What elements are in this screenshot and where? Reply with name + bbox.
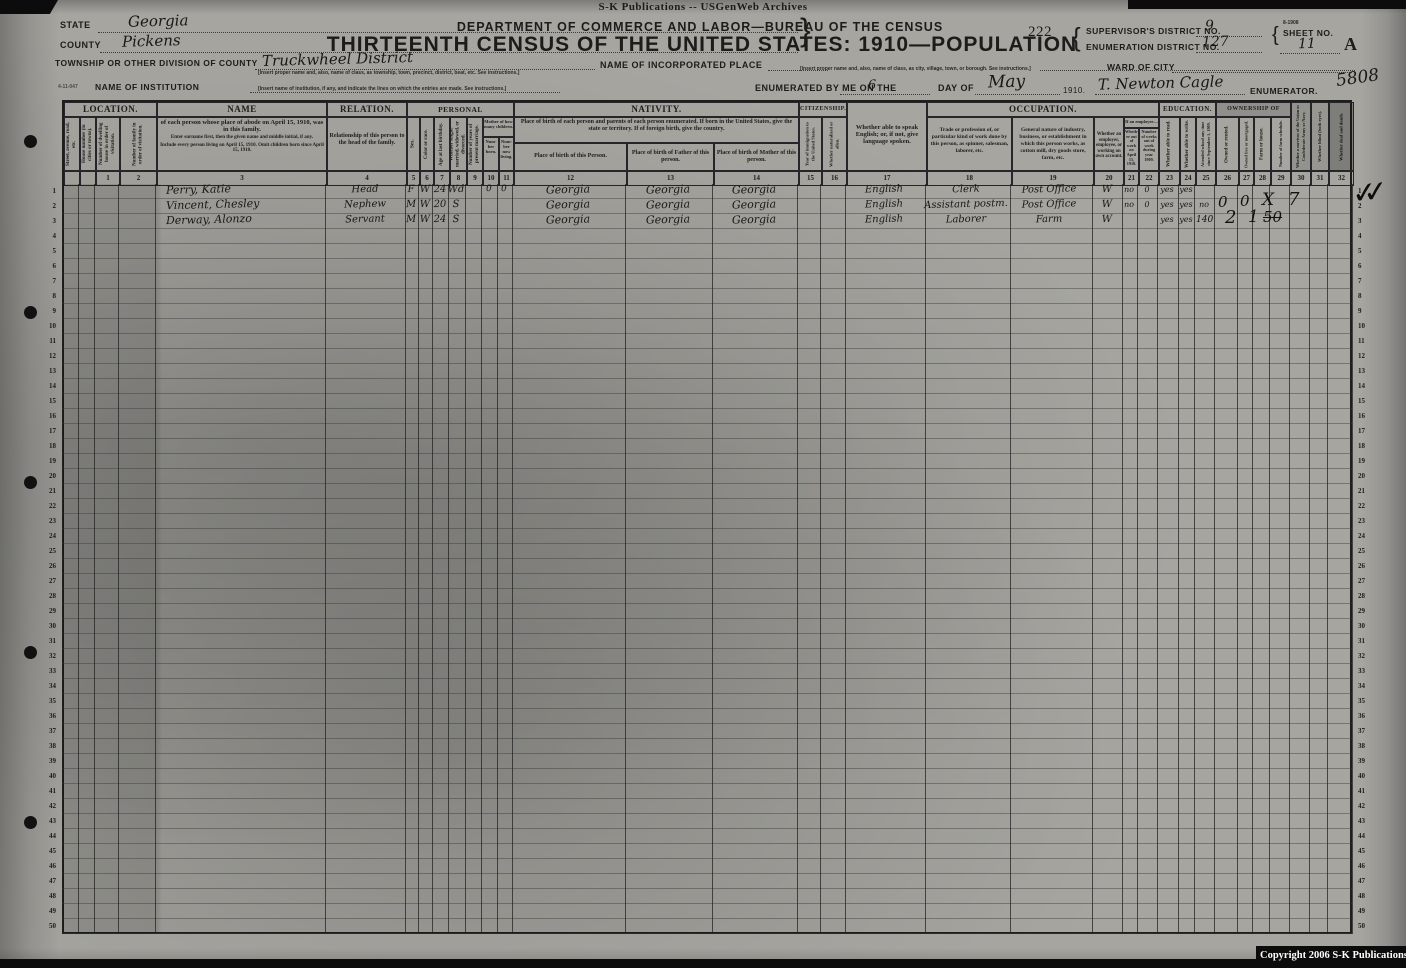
row-number-left: 10 [36,319,56,334]
col-18-text: Trade or profession of, or particular ki… [928,126,1011,156]
entry-father-birthplace: Georgia [646,211,691,227]
entry-sex: M [406,212,417,227]
row-number-left: 46 [36,859,56,874]
row-number-left: 30 [36,619,56,634]
col-house-header: House number (in cities or towns). [80,117,96,171]
entry-relation: Nephew [344,196,386,212]
row-number-right: 15 [1358,394,1378,409]
row-number-left: 2 [36,199,56,214]
column-line [405,184,406,934]
copyright-bar: Copyright 2006 S-K Publications [1256,946,1406,968]
group-ownership: OWNERSHIP OF HOME. [1216,102,1291,117]
entry-marital: Wd [447,182,464,197]
tally-mark: 7 [1288,189,1299,210]
row-number-left: 6 [36,259,56,274]
row-number-left: 1 [36,184,56,199]
entry-employment: W [1102,212,1113,227]
row-number-right: 40 [1358,769,1378,784]
col-13-header: Place of birth of Father of this person. [627,143,714,171]
row-number-right: 37 [1358,724,1378,739]
col-14-header: Place of birth of Mother of this person. [714,143,799,171]
census-scan-page: { "scan": { "banner": "S-K Publications … [0,0,1406,968]
entry-mother-birthplace: Georgia [732,181,777,197]
col-6-header: Color or race. [420,117,434,171]
row-number-right: 46 [1358,859,1378,874]
row-number-left: 21 [36,484,56,499]
table-body [62,184,1352,934]
enumerated-line2 [975,93,1060,95]
col-10-header: Num­ber born. [483,137,499,171]
row-number-right: 50 [1358,919,1378,934]
row-number-right: 28 [1358,589,1378,604]
row-number-right: 41 [1358,784,1378,799]
if-employee-header: If an employee— [1124,117,1159,128]
row-number-right: 20 [1358,469,1378,484]
page-number: 222 [1028,24,1052,41]
col-17-text: Whether able to speak English; or, if no… [848,123,926,146]
column-line [465,184,466,934]
entry-trade: Laborer [946,211,987,227]
census-title: THIRTEENTH CENSUS OF THE UNITED STATES: … [327,33,1077,57]
enumerated-line1 [840,93,930,95]
entry-name: Perry, Katie [166,181,231,198]
column-line [94,184,95,934]
col-3-header: of each person whose place of abode on A… [157,117,327,171]
scan-edge-top-left [0,0,58,14]
row-number-left: 29 [36,604,56,619]
scan-edge-top-right [1128,0,1406,9]
entry-color: W [420,182,431,197]
col-27-header: Owned free or mort­gaged. [1239,117,1254,171]
row-number-left: 14 [36,379,56,394]
row-number-right: 35 [1358,694,1378,709]
col-30-header: Whether a survivor of the Union or Confe… [1291,102,1311,171]
row-number-right: 7 [1358,274,1378,289]
row-number-left: 45 [36,844,56,859]
row-number-right: 4 [1358,229,1378,244]
entry-school: no [1199,197,1209,212]
tally-mark: 140 [1196,215,1213,225]
entry-write: yes [1179,197,1193,212]
column-line [712,184,713,934]
row-number-right: 34 [1358,679,1378,694]
row-number-right: 11 [1358,334,1378,349]
enumerated-day: 6 [868,78,877,93]
entry-age: 20 [433,197,446,212]
entry-out-of-work: no [1124,182,1134,197]
row-number-right: 38 [1358,739,1378,754]
entry-write: yes [1179,182,1193,197]
row-number-left: 43 [36,814,56,829]
enumerator-line [1095,93,1245,95]
column-line [1092,184,1093,934]
row-number-right: 31 [1358,634,1378,649]
institution-note: [Insert name of institution, if any, and… [258,86,506,92]
group-occupation: OCCUPATION. [927,102,1159,117]
col-4-header: Relationship of this per­son to the head… [327,117,407,171]
column-line [418,184,419,934]
entry-birthplace: Georgia [546,211,591,227]
group-education: EDUCATION. [1159,102,1216,117]
column-line [497,184,498,934]
row-number-right: 36 [1358,709,1378,724]
mother-group-header: Mother of how many children. [483,117,514,137]
row-number-left: 35 [36,694,56,709]
row-number-right: 21 [1358,484,1378,499]
col-21-header: Wheth­er out of work on April 15, 1910. [1124,128,1139,171]
entry-trade: Clerk [952,182,980,198]
row-number-left: 44 [36,829,56,844]
row-number-left: 8 [36,289,56,304]
row-number-right: 44 [1358,829,1378,844]
group-personal: PERSONAL DESCRIPTION. [407,102,514,117]
column-line [1137,184,1138,934]
county-value: Pickens [122,31,181,51]
row-number-right: 18 [1358,439,1378,454]
row-number-left: 32 [36,649,56,664]
col-5-header: Sex. [407,117,420,171]
column-line [1214,184,1215,934]
column-line [62,184,63,934]
entry-industry: Post Office [1021,196,1076,212]
entry-industry: Farm [1036,212,1063,228]
row-number-right: 6 [1358,259,1378,274]
entry-age: 24 [433,212,446,227]
column-line [155,184,156,934]
row-number-left: 23 [36,514,56,529]
row-number-left: 17 [36,424,56,439]
entry-age: 24 [433,182,446,197]
row-number-left: 34 [36,679,56,694]
township-label: TOWNSHIP OR OTHER DIVISION OF COUNTY [55,58,258,68]
row-number-right: 39 [1358,754,1378,769]
col-18-header: Trade or profession of, or particular ki… [927,117,1012,171]
incorporated-note: [Insert proper name and, also, name of c… [800,66,1031,72]
column-line [797,184,798,934]
entry-weeks-out: 0 [1144,182,1149,197]
column-line [1252,184,1253,934]
row-number-right: 19 [1358,454,1378,469]
column-line [1289,184,1290,934]
row-number-right: 22 [1358,499,1378,514]
column-line [448,184,449,934]
group-citizenship: CITIZENSHIP. [799,102,847,117]
row-number-right: 42 [1358,799,1378,814]
sheet-value: 11 [1298,36,1316,52]
enumerated-month: May [988,72,1026,93]
row-number-right: 9 [1358,304,1378,319]
entry-relation: Head [351,182,378,198]
entry-children-born: 0 [486,182,492,197]
entry-sex: M [406,197,417,212]
entry-industry: Post Office [1021,181,1076,197]
row-number-right: 32 [1358,649,1378,664]
enumeration-value: 127 [1202,34,1229,51]
row-number-right: 47 [1358,874,1378,889]
row-number-right: 33 [1358,664,1378,679]
column-line [845,184,846,934]
column-line [1194,184,1195,934]
entry-birthplace: Georgia [546,181,591,197]
col-11-header: Num­ber now liv­ing. [499,137,514,171]
tally-mark: 1 [1248,207,1259,227]
row-number-left: 24 [36,529,56,544]
group-relation: RELATION. [327,102,407,117]
entry-name: Derway, Alonzo [166,211,252,228]
entry-relation: Servant [345,211,385,227]
col-15-header: Year of immigra­tion to the Unit­ed Stat… [799,117,822,171]
entry-father-birthplace: Georgia [646,181,691,197]
row-number-right: 26 [1358,559,1378,574]
column-line [432,184,433,934]
row-number-left: 37 [36,724,56,739]
column-line [78,184,79,934]
row-number-left: 3 [36,214,56,229]
name-desc-2: Enter surname first, then the given name… [158,134,326,142]
form-code: 4-11-047 [58,84,78,90]
col-street-header: Street, avenue, road, etc. [64,117,80,171]
row-number-left: 27 [36,574,56,589]
nativity-note: Place of birth of each person and parent… [515,118,798,134]
department-line: DEPARTMENT OF COMMERCE AND LABOR—BUREAU … [457,20,943,34]
row-number-left: 49 [36,904,56,919]
col-16-header: Whether natural­ized or alien. [822,117,847,171]
col-19-header: General nature of industry, business, or… [1012,117,1094,171]
state-label: STATE [60,20,91,30]
column-line [1178,184,1179,934]
row-number-left: 26 [36,559,56,574]
column-line [1352,184,1353,934]
col-9-header: Number of years of present marriage. [467,117,483,171]
row-number-left: 47 [36,874,56,889]
sheet-brace: { [1272,24,1279,47]
column-line [1237,184,1238,934]
punch-hole [24,135,37,148]
col-20-header: Whether an employer, employee, or workin… [1094,117,1124,171]
copyright-text: Copyright 2006 S-K Publications [1260,950,1406,961]
row-number-left: 28 [36,589,56,604]
enumerated-year: 1910. [1063,86,1086,95]
row-number-right: 14 [1358,379,1378,394]
row-number-right: 10 [1358,319,1378,334]
row-number-left: 15 [36,394,56,409]
row-number-right: 25 [1358,544,1378,559]
entry-write: yes [1179,212,1193,227]
row-number-left: 12 [36,349,56,364]
row-number-left: 50 [36,919,56,934]
column-line [625,184,626,934]
enumeration-line [1196,51,1262,53]
col-29-header: Number of farm sched­ule. [1271,117,1291,171]
row-number-left: 39 [36,754,56,769]
row-number-right: 8 [1358,289,1378,304]
entry-english: English [865,182,904,198]
entry-read: yes [1160,212,1174,227]
column-line [1157,184,1158,934]
supervisor-value: 9 [1205,18,1214,34]
col-25-header: Attended school any time since Septem­be… [1196,117,1216,171]
entry-mother-birthplace: Georgia [732,196,777,212]
col-7-header: Age at last birth­day. [434,117,450,171]
col-24-header: Whether able to write. [1180,117,1196,171]
sheet-line [1280,52,1340,54]
row-number-right: 5 [1358,244,1378,259]
column-line [1327,184,1328,934]
column-line [325,184,326,934]
row-number-right: 23 [1358,514,1378,529]
row-number-left: 48 [36,889,56,904]
row-number-left: 41 [36,784,56,799]
entry-employment: W [1102,197,1113,212]
row-number-left: 36 [36,709,56,724]
archive-banner: S-K Publications -- USGenWeb Archives [599,1,808,13]
col-31-header: Whether blind (both eyes). [1311,102,1329,171]
group-location: LOCATION. [64,102,157,117]
column-line [925,184,926,934]
entry-father-birthplace: Georgia [646,196,691,212]
column-line [481,184,482,934]
row-number-left: 16 [36,409,56,424]
enumerator-label: ENUMERATOR. [1250,86,1318,96]
column-line [1309,184,1310,934]
row-number-left: 40 [36,769,56,784]
entry-employment: W [1102,182,1113,197]
entry-birthplace: Georgia [546,196,591,212]
row-number-right: 48 [1358,889,1378,904]
row-number-right: 17 [1358,424,1378,439]
row-number-right: 49 [1358,904,1378,919]
col-22-header: Num­ber of weeks out of work during year… [1139,128,1159,171]
col-17-header: Whether able to speak English; or, if no… [847,102,927,171]
ward-label: WARD OF CITY [1107,62,1175,72]
incorporated-label: NAME OF INCORPORATED PLACE [600,60,762,70]
col-32-header: Whether deaf and dumb. [1329,102,1354,171]
column-line [1122,184,1123,934]
row-number-left: 5 [36,244,56,259]
col-19-text: General nature of industry, business, or… [1013,126,1093,163]
col-8-header: Whether single, married, widowed, or div… [450,117,467,171]
entry-marital: S [452,212,459,227]
entry-read: yes [1160,182,1174,197]
col-12-header: Place of birth of this Person. [514,143,627,171]
tally-mark: 50 [1263,208,1282,226]
column-line [118,184,119,934]
row-number-left: 42 [36,799,56,814]
enumerator-name: T. Newton Cagle [1098,72,1224,93]
row-number-right: 30 [1358,619,1378,634]
col-23-header: Whether able to read. [1159,117,1180,171]
col-28-header: Farm or house. [1254,117,1271,171]
row-number-left: 20 [36,469,56,484]
entry-english: English [865,212,904,228]
column-line [1269,184,1270,934]
row-number-left: 19 [36,454,56,469]
entry-color: W [420,197,431,212]
tally-mark: 2 [1225,207,1236,228]
check-marks: ✓✓ [1350,175,1376,212]
entry-marital: S [452,197,459,212]
row-number-left: 4 [36,229,56,244]
row-number-right: 45 [1358,844,1378,859]
name-desc-3: Include every person living on April 15,… [158,142,326,155]
entry-trade: Assistant postm. [924,196,1008,213]
row-number-right: 24 [1358,529,1378,544]
row-number-left: 33 [36,664,56,679]
row-number-right: 29 [1358,604,1378,619]
sheet-letter: A [1344,34,1358,55]
entry-english: English [865,197,904,213]
state-value: Georgia [128,11,189,31]
entry-sex: F [407,182,414,197]
scan-edge-bottom [0,959,1406,968]
row-number-left: 31 [36,634,56,649]
row-number-left: 9 [36,304,56,319]
relation-desc: Relationship of this per­son to the head… [328,132,406,148]
county-label: COUNTY [60,40,101,50]
col-2-header: Number of family in order of visitation. [120,117,157,171]
group-name: NAME [157,102,327,117]
entry-read: yes [1160,197,1174,212]
entry-mother-birthplace: Georgia [732,211,777,227]
entry-weeks-out: 0 [1144,197,1149,212]
nativity-note-cell: Place of birth of each person and parent… [514,117,799,143]
township-note: [Insert proper name and, also, name of c… [258,70,519,76]
row-number-right: 12 [1358,349,1378,364]
column-line [512,184,513,934]
row-number-right: 43 [1358,814,1378,829]
row-number-left: 18 [36,439,56,454]
row-number-left: 38 [36,739,56,754]
row-number-left: 22 [36,499,56,514]
day-of-label: DAY OF [938,83,974,93]
col-1-header: Number of dwelling house in order of vis… [96,117,120,171]
column-line [820,184,821,934]
supervisor-brace: { [1072,22,1081,53]
row-number-left: 13 [36,364,56,379]
sheet-form-note: 8-1908 [1283,20,1299,26]
row-number-left: 11 [36,334,56,349]
row-number-right: 27 [1358,574,1378,589]
row-number-right: 13 [1358,364,1378,379]
col-26-header: Owned or rented. [1216,117,1239,171]
row-number-right: 3 [1358,214,1378,229]
row-number-left: 25 [36,544,56,559]
entry-out-of-work: no [1124,197,1134,212]
name-desc-1: of each person whose place of abode on A… [158,118,326,134]
row-number-right: 16 [1358,409,1378,424]
institution-label: NAME OF INSTITUTION [95,82,199,92]
entry-children-living: 0 [501,182,507,197]
tally-mark: X [1262,190,1274,210]
group-nativity: NATIVITY. [514,102,799,117]
entry-color: W [420,212,431,227]
column-line [1010,184,1011,934]
row-number-left: 7 [36,274,56,289]
